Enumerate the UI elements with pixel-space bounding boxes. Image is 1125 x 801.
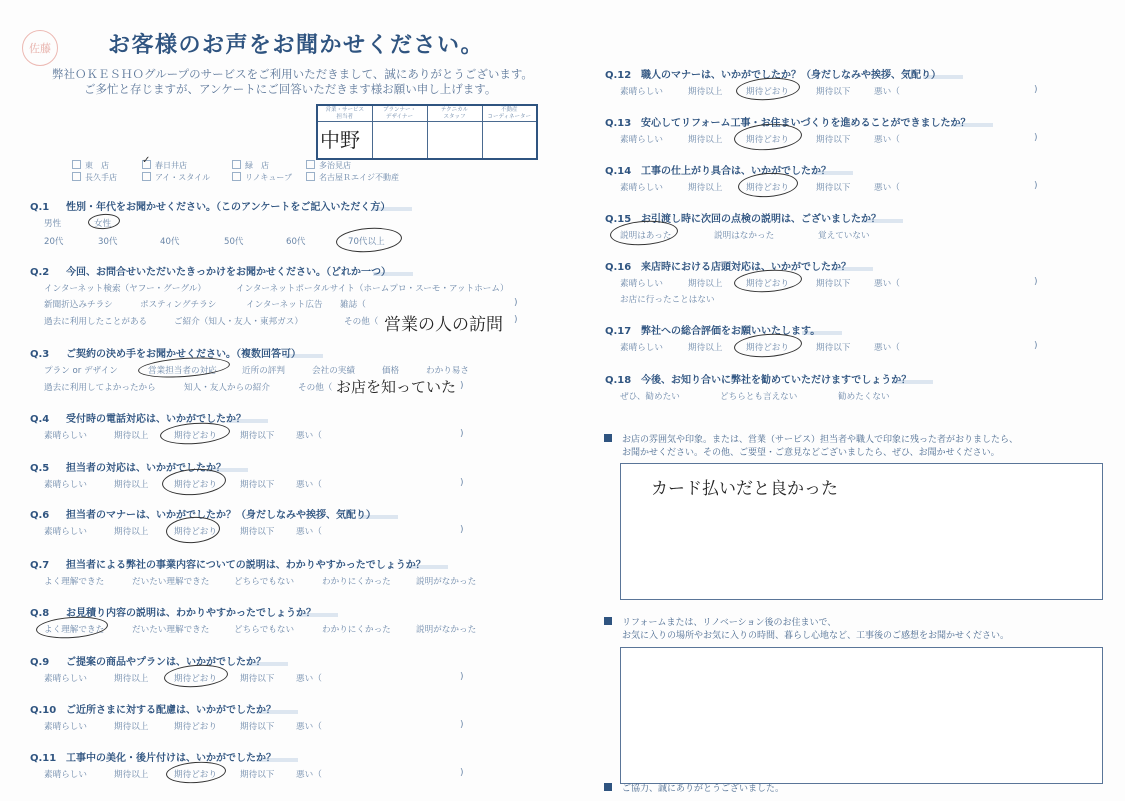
q14-option-bad[interactable]: 悪い（	[874, 181, 900, 193]
q7-option-understood[interactable]: よく理解できた	[44, 575, 104, 587]
q16-bad-close: )	[1034, 277, 1038, 287]
q6-option-below[interactable]: 期待以下	[240, 525, 274, 537]
q10-bad-close: )	[460, 720, 464, 730]
q2-option-other[interactable]: その他（	[344, 315, 378, 327]
q18-option-definitely[interactable]: ぜひ、勧めたい	[620, 390, 680, 402]
checkbox-icon	[306, 160, 315, 169]
store-checkbox-kasugai[interactable]: 春日井店	[142, 160, 187, 171]
q15-option-dont-remember[interactable]: 覚えていない	[818, 229, 870, 241]
q11-option-above[interactable]: 期待以上	[114, 768, 148, 780]
store-checkbox-renocube[interactable]: リノキューブ	[232, 172, 292, 183]
q16-option-below[interactable]: 期待以下	[816, 277, 850, 289]
q10-option-excellent[interactable]: 素晴らしい	[44, 720, 87, 732]
question-6: Q.6担当者のマナーは、いかがでしたか？（身だしなみや挨拶、気配り）	[30, 506, 398, 521]
checkbox-icon	[232, 172, 241, 181]
q7-option-unclear[interactable]: わかりにくかった	[322, 575, 391, 587]
checkbox-icon	[142, 172, 151, 181]
q10-option-below[interactable]: 期待以下	[240, 720, 274, 732]
q3-option-other[interactable]: その他（	[298, 381, 332, 393]
q7-option-neutral[interactable]: どちらでもない	[234, 575, 294, 587]
q2-option-posting-flyer[interactable]: ポスティングチラシ	[140, 298, 216, 310]
impression-handwritten: カード払いだと良かった	[651, 474, 838, 499]
checkbox-icon	[72, 160, 81, 169]
q6-option-above[interactable]: 期待以上	[114, 525, 148, 537]
staff-col-technical-header: テクニカルスタッフ	[427, 105, 482, 122]
q1-option-50s[interactable]: 50代	[224, 235, 244, 247]
question-14: Q.14工事の仕上がり具合は、いかがでしたか？	[605, 162, 853, 177]
q18-option-no[interactable]: 勧めたくない	[838, 390, 890, 402]
q13-option-above[interactable]: 期待以上	[688, 133, 722, 145]
q14-option-below[interactable]: 期待以下	[816, 181, 850, 193]
question-4: Q.4受付時の電話対応は、いかがでしたか？	[30, 410, 268, 425]
q3-option-referral[interactable]: 知人・友人からの紹介	[184, 381, 270, 393]
question-17: Q.17弊社への総合評価をお願いいたします。	[605, 322, 842, 337]
q16-option-above[interactable]: 期待以上	[688, 277, 722, 289]
q9-bad-close: )	[460, 672, 464, 682]
question-9: Q.9ご提案の商品やプランは、いかがでしたか？	[30, 653, 288, 668]
q1-option-60s[interactable]: 60代	[286, 235, 306, 247]
q11-option-below[interactable]: 期待以下	[240, 768, 274, 780]
q10-option-as-expected[interactable]: 期待どおり	[174, 720, 217, 732]
q9-option-bad[interactable]: 悪い（	[296, 672, 322, 684]
q7-option-mostly[interactable]: だいたい理解できた	[132, 575, 209, 587]
after-reform-prompt: リフォームまたは、リノベーション後のお住まいで、 お気に入りの場所やお気に入りの…	[604, 617, 1009, 643]
q2-option-internet-search[interactable]: インターネット検索（ヤフー・グーグル）	[44, 282, 206, 294]
impression-prompt: お店の雰囲気や印象。または、営業（サービス）担当者や職人で印象に残った者がおりま…	[604, 434, 1018, 460]
q12-option-excellent[interactable]: 素晴らしい	[620, 85, 663, 97]
question-7: Q.7担当者による弊社の事業内容についての説明は、わかりやすかったでしょうか？	[30, 556, 448, 571]
q13-bad-close: )	[1034, 133, 1038, 143]
q5-bad-close: )	[460, 478, 464, 488]
q8-option-neutral[interactable]: どちらでもない	[234, 623, 294, 635]
q11-bad-close: )	[460, 768, 464, 778]
question-11: Q.11工事中の美化・後片付けは、いかがでしたか？	[30, 749, 298, 764]
q2-option-referral[interactable]: ご紹介（知人・友人・東邦ガス）	[174, 315, 303, 327]
q1-option-40s[interactable]: 40代	[160, 235, 180, 247]
store-checkbox-higashi[interactable]: 東 店	[72, 160, 109, 171]
q8-option-no-explanation[interactable]: 説明がなかった	[416, 623, 476, 635]
bullet-square-icon	[604, 434, 612, 442]
staff-col-sales-header: 営業・サービス担当者	[317, 105, 372, 122]
after-reform-comment-box[interactable]	[620, 647, 1103, 784]
q5-option-excellent[interactable]: 素晴らしい	[44, 478, 87, 490]
q13-option-below[interactable]: 期待以下	[816, 133, 850, 145]
q3-option-past-good[interactable]: 過去に利用してよかったから	[44, 381, 156, 393]
q2-other-close: )	[514, 315, 518, 325]
q12-option-above[interactable]: 期待以上	[688, 85, 722, 97]
q3-other-close: )	[460, 381, 464, 391]
q11-option-bad[interactable]: 悪い（	[296, 768, 322, 780]
q9-option-excellent[interactable]: 素晴らしい	[44, 672, 87, 684]
q4-option-above[interactable]: 期待以上	[114, 429, 148, 441]
q3-option-track-record[interactable]: 会社の実績	[312, 364, 355, 376]
q17-option-above[interactable]: 期待以上	[688, 341, 722, 353]
q14-option-excellent[interactable]: 素晴らしい	[620, 181, 663, 193]
q10-option-above[interactable]: 期待以上	[114, 720, 148, 732]
q10-option-bad[interactable]: 悪い（	[296, 720, 322, 732]
q6-option-excellent[interactable]: 素晴らしい	[44, 525, 87, 537]
question-13: Q.13安心してリフォーム工事・お住まいづくりを進めることができましたか？	[605, 114, 993, 129]
store-checkbox-tajimi[interactable]: 多治見店	[306, 160, 351, 171]
staff-realestate-name[interactable]	[482, 122, 537, 160]
checkbox-icon	[306, 172, 315, 181]
thanks-note: ご協力、誠にありがとうございました。	[604, 783, 784, 796]
q2-other-handwritten[interactable]: 営業の人の訪問	[384, 310, 503, 335]
q12-option-bad[interactable]: 悪い（	[874, 85, 900, 97]
q2-option-magazine[interactable]: 雑誌（	[340, 298, 366, 310]
q3-option-price[interactable]: 価格	[382, 364, 399, 376]
q5-option-below[interactable]: 期待以下	[240, 478, 274, 490]
staff-table: 営業・サービス担当者 プランナー・デザイナー テクニカルスタッフ 不動産コーディ…	[316, 104, 538, 160]
q12-option-below[interactable]: 期待以下	[816, 85, 850, 97]
staff-col-planner-header: プランナー・デザイナー	[372, 105, 427, 122]
store-checkbox-nagakute[interactable]: 長久手店	[72, 172, 117, 183]
q14-bad-close: )	[1034, 181, 1038, 191]
q12-bad-close: )	[1034, 85, 1038, 95]
q6-option-bad[interactable]: 悪い（	[296, 525, 322, 537]
bullet-square-icon	[604, 783, 612, 791]
q4-bad-close: )	[460, 429, 464, 439]
seal-stamp: 佐藤	[22, 30, 58, 66]
q17-bad-close: )	[1034, 341, 1038, 351]
checkbox-icon	[232, 160, 241, 169]
page-title: お客様のお声をお聞かせください。	[108, 28, 484, 59]
checkbox-icon	[72, 172, 81, 181]
intro-line-1: 弊社ＯＫＥＳＨＯグループのサービスをご利用いただきまして、誠にありがとうございま…	[52, 66, 533, 82]
store-checkbox-istyle[interactable]: アイ・スタイル	[142, 172, 210, 183]
q9-option-above[interactable]: 期待以上	[114, 672, 148, 684]
store-checkbox-nagoya-rage[interactable]: 名古屋Ｒエイジ不動産	[306, 172, 399, 183]
q3-option-plan-design[interactable]: プラン or デザイン	[44, 364, 118, 376]
q5-option-bad[interactable]: 悪い（	[296, 478, 322, 490]
q2-option-past-use[interactable]: 過去に利用したことがある	[44, 315, 147, 327]
staff-sales-name[interactable]: 中野	[317, 122, 372, 160]
q4-option-excellent[interactable]: 素晴らしい	[44, 429, 87, 441]
q2-option-internet-ad[interactable]: インターネット広告	[246, 298, 323, 310]
q4-option-bad[interactable]: 悪い（	[296, 429, 322, 441]
question-2: Q.2今回、お問合せいただいたきっかけをお聞かせください。（どれか一つ）	[30, 263, 413, 278]
q6-bad-close: )	[460, 525, 464, 535]
q3-option-reputation[interactable]: 近所の評判	[242, 364, 285, 376]
store-checkbox-midori[interactable]: 緑 店	[232, 160, 269, 171]
selection-circle	[335, 226, 403, 255]
q2-option-portal-site[interactable]: インターネットポータルサイト（ホームプロ・スーモ・アットホーム）	[236, 282, 509, 294]
q1-option-30s[interactable]: 30代	[98, 235, 118, 247]
q16-option-never-visited[interactable]: お店に行ったことはない	[620, 293, 715, 305]
impression-comment-box[interactable]: カード払いだと良かった	[620, 463, 1103, 600]
staff-technical-name[interactable]	[427, 122, 482, 160]
q2-magazine-close: )	[514, 298, 518, 308]
checked-checkbox-icon	[142, 160, 151, 169]
q13-option-bad[interactable]: 悪い（	[874, 133, 900, 145]
q13-option-excellent[interactable]: 素晴らしい	[620, 133, 663, 145]
q16-option-bad[interactable]: 悪い（	[874, 277, 900, 289]
q8-option-unclear[interactable]: わかりにくかった	[322, 623, 391, 635]
q5-option-above[interactable]: 期待以上	[114, 478, 148, 490]
question-18: Q.18今後、お知り合いに弊社を勧めていただけますでしょうか？	[605, 371, 933, 386]
selection-circle	[88, 213, 121, 230]
q9-option-below[interactable]: 期待以下	[240, 672, 274, 684]
bullet-square-icon	[604, 617, 612, 625]
q2-option-newspaper-flyer[interactable]: 新聞折込みチラシ	[44, 298, 113, 310]
q17-option-below[interactable]: 期待以下	[816, 341, 850, 353]
q3-other-handwritten[interactable]: お店を知っていた	[336, 376, 456, 397]
staff-planner-name[interactable]	[372, 122, 427, 160]
q1-option-20s[interactable]: 20代	[44, 235, 64, 247]
q17-option-bad[interactable]: 悪い（	[874, 341, 900, 353]
q7-option-no-explanation[interactable]: 説明がなかった	[416, 575, 476, 587]
question-1: Q.1性別・年代をお聞かせください。（このアンケートをご記入いただく方）	[30, 198, 412, 213]
q8-option-mostly[interactable]: だいたい理解できた	[132, 623, 209, 635]
question-16: Q.16来店時における店頭対応は、いかがでしたか？	[605, 258, 873, 273]
q3-option-clarity[interactable]: わかり易さ	[426, 364, 469, 376]
q14-option-above[interactable]: 期待以上	[688, 181, 722, 193]
intro-line-2: ご多忙と存じますが、アンケートにご回答いただきます様お願い申し上げます。	[84, 81, 496, 97]
q1-option-male[interactable]: 男性	[44, 217, 61, 229]
question-10: Q.10ご近所さまに対する配慮は、いかがでしたか？	[30, 701, 298, 716]
q15-option-not-explained[interactable]: 説明はなかった	[714, 229, 774, 241]
q17-option-excellent[interactable]: 素晴らしい	[620, 341, 663, 353]
q18-option-neither[interactable]: どちらとも言えない	[720, 390, 797, 402]
q16-option-excellent[interactable]: 素晴らしい	[620, 277, 663, 289]
q11-option-excellent[interactable]: 素晴らしい	[44, 768, 87, 780]
staff-col-realestate-header: 不動産コーディネーター	[482, 105, 537, 122]
q4-option-below[interactable]: 期待以下	[240, 429, 274, 441]
